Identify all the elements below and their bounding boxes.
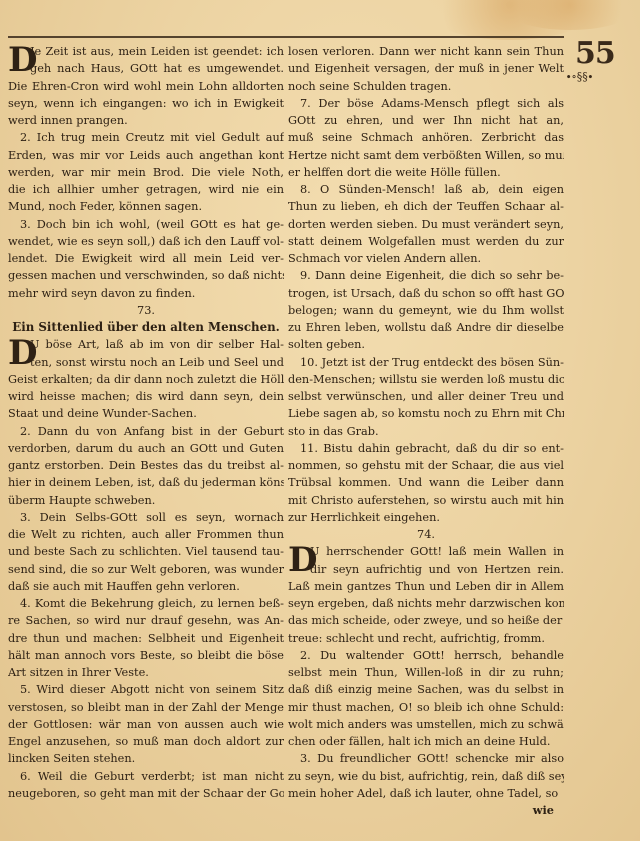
text-line: neugeboren, so geht man mit der Schaar d… — [8, 785, 284, 802]
text-line: dir seyn aufrichtig und von Hertzen rein… — [288, 561, 564, 578]
text-line: zu Ehren leben, wollstu daß Andre dir di… — [288, 319, 564, 336]
text-line: losen verloren. Dann wer nicht kann sein… — [288, 43, 564, 60]
text-line: GOtt zu ehren, und wer Ihn nicht hat an, — [288, 112, 564, 129]
text-line: noch seine Schulden tragen. — [288, 78, 564, 95]
text-line: und Eigenheit versagen, der muß in jener… — [288, 60, 564, 77]
text-line: werden, war mir mein Brod. Die viele Not… — [8, 164, 284, 181]
text-line: chen oder fällen, halt ich mich an deine… — [288, 733, 564, 750]
text-line: trogen, ist Ursach, daß du schon so offt… — [288, 285, 564, 302]
text-line: 2. Du waltender GOtt! herrsch, behandle — [288, 647, 564, 664]
text-line: statt deinem Wolgefallen must werden du … — [288, 233, 564, 250]
text-line: 3. Doch bin ich wohl, (weil GOtt es hat … — [8, 216, 284, 233]
text-line: Je Zeit ist aus, mein Leiden ist geendet… — [8, 43, 284, 60]
catchword: wie — [288, 802, 564, 819]
text-line: mehr wird seyn davon zu finden. — [8, 285, 284, 302]
text-line: er helffen dort die weite Hölle füllen. — [288, 164, 564, 181]
text-line: Trübsal kommen. Und wann die Leiber dann — [288, 474, 564, 491]
text-line: Staat und deine Wunder-Sachen. — [8, 405, 284, 422]
text-line: 3. Du freundlicher GOtt! schencke mir al… — [288, 750, 564, 767]
text-line: selbst mein Thun, Willen-loß in dir zu r… — [288, 664, 564, 681]
text-line: U herrschender GOtt! laß mein Wallen in — [288, 543, 564, 560]
text-line: mir thust machen, O! so bleib ich ohne S… — [288, 699, 564, 716]
text-line: nommen, so gehstu mit der Schaar, die au… — [288, 457, 564, 474]
left-column: D Je Zeit ist aus, mein Leiden ist geend… — [8, 43, 284, 802]
text-line: gantz erstorben. Dein Bestes das du trei… — [8, 457, 284, 474]
text-line: hier in deinem Leben, ist, daß du jederm… — [8, 474, 284, 491]
text-line: mit Christo auferstehen, so wirstu auch … — [288, 492, 564, 509]
text-line: Liebe sagen ab, so komstu noch zu Ehrn m… — [288, 405, 564, 422]
text-line: 10. Jetzt ist der Trug entdeckt des böse… — [288, 354, 564, 371]
text-line: wird heisse machen; dis wird dann seyn, … — [8, 388, 284, 405]
text-line: verdorben, darum du auch an GOtt und Gut… — [8, 440, 284, 457]
hymn-number-74: 74. — [288, 526, 564, 543]
text-line: U böse Art, laß ab im von dir selber Hal… — [8, 336, 284, 353]
text-line: Art sitzen in Ihrer Veste. — [8, 664, 284, 681]
text-line: das mich scheide, oder zweye, und so hei… — [288, 612, 564, 629]
text-line: und beste Sach zu schlichten. Viel tause… — [8, 543, 284, 560]
text-line: die Welt zu richten, auch aller Frommen … — [8, 526, 284, 543]
text-line: dre thun und machen: Selbheit und Eigenh… — [8, 630, 284, 647]
text-line: Thun zu lieben, eh dich der Teuffen Scha… — [288, 198, 564, 215]
text-line: Geist erkalten; da dir dann noch zuletzt… — [8, 371, 284, 388]
text-line: mein hoher Adel, daß ich lauter, ohne Ta… — [288, 785, 564, 802]
text-line: 5. Wird dieser Abgott nicht von seinem S… — [8, 681, 284, 698]
text-line: belogen; wann du gemeynt, wie du Ihm wol… — [288, 302, 564, 319]
text-line: Die Ehren-Cron wird wohl mein Lohn alldo… — [8, 78, 284, 95]
text-line: Engel anzusehen, so muß man doch aldort … — [8, 733, 284, 750]
text-line: daß sie auch mit Hauffen gehn verloren. — [8, 578, 284, 595]
text-line: werd innen prangen. — [8, 112, 284, 129]
text-line: zur Herrlichkeit eingehen. — [288, 509, 564, 526]
text-line: der Gottlosen: wär man von aussen auch w… — [8, 716, 284, 733]
text-line: zu seyn, wie du bist, aufrichtig, rein, … — [288, 768, 564, 785]
text-line: Hertze nicht samt dem verbößten Willen, … — [288, 147, 564, 164]
hymn-number-73: 73. — [8, 302, 284, 319]
text-line: gessen machen und verschwinden, so daß n… — [8, 267, 284, 284]
text-line: muß seine Schmach anhören. Zerbricht das — [288, 129, 564, 146]
header-rule — [8, 36, 564, 38]
text-line: selbst verwünschen, und aller deiner Tre… — [288, 388, 564, 405]
text-line: 7. Der böse Adams-Mensch pflegt sich als — [288, 95, 564, 112]
text-line: verstosen, so bleibt man in der Zahl der… — [8, 699, 284, 716]
text-line: solten geben. — [288, 336, 564, 353]
text-line: geh nach Haus, GOtt hat es umgewendet. — [8, 60, 284, 77]
text-line: lendet. Die Ewigkeit wird all mein Leid … — [8, 250, 284, 267]
text-line: Laß mein gantzes Thun und Leben dir in A… — [288, 578, 564, 595]
text-line: den-Menschen; willstu sie werden loß mus… — [288, 371, 564, 388]
dropcap-hymn73: D — [8, 336, 37, 370]
text-line: 11. Bistu dahin gebracht, daß du dir so … — [288, 440, 564, 457]
text-line: seyn ergeben, daß nichts mehr darzwische… — [288, 595, 564, 612]
text-line: hält man annoch vors Beste, so bleibt di… — [8, 647, 284, 664]
text-line: lincken Seiten stehen. — [8, 750, 284, 767]
right-column: losen verloren. Dann wer nicht kann sein… — [288, 43, 564, 819]
text-line: daß diß einzig meine Sachen, was du selb… — [288, 681, 564, 698]
dropcap-hymn74: D — [288, 543, 317, 577]
text-line: 3. Dein Selbs-GOtt soll es seyn, wornach — [8, 509, 284, 526]
text-line: wolt mich anders was umstellen, mich zu … — [288, 716, 564, 733]
text-line: Mund, noch Feder, können sagen. — [8, 198, 284, 215]
text-line: ten, sonst wirstu noch an Leib und Seel … — [8, 354, 284, 371]
text-line: treue: schlecht und recht, aufrichtig, f… — [288, 630, 564, 647]
dropcap-hymn72: D — [8, 43, 37, 77]
text-line: send sind, die so zur Welt geboren, was … — [8, 561, 284, 578]
text-line: 6. Weil die Geburt verderbt; ist man nic… — [8, 768, 284, 785]
text-line: Schmach vor vielen Andern allen. — [288, 250, 564, 267]
text-line: dorten werden sieben. Du must verändert … — [288, 216, 564, 233]
ornament-icon: ∙∘§§∙ — [566, 70, 593, 83]
text-line: 4. Komt die Bekehrung gleich, zu lernen … — [8, 595, 284, 612]
hymn-title-73: Ein Sittenlied über den alten Menschen. — [8, 319, 284, 336]
text-line: 2. Dann du von Anfang bist in der Geburt — [8, 423, 284, 440]
text-line: 2. Ich trug mein Creutz mit viel Gedult … — [8, 129, 284, 146]
text-line: sto in das Grab. — [288, 423, 564, 440]
text-line: wendet, wie es seyn soll,) daß ich den L… — [8, 233, 284, 250]
text-line: die ich allhier umher getragen, wird nie… — [8, 181, 284, 198]
text-line: re Sachen, so wird nur drauf gesehn, was… — [8, 612, 284, 629]
text-line: Erden, was mir vor Leids auch angethan k… — [8, 147, 284, 164]
text-line: 8. O Sünden-Mensch! laß ab, dein eigen — [288, 181, 564, 198]
page-number: 55 — [575, 36, 615, 71]
text-line: überm Haupte schweben. — [8, 492, 284, 509]
text-line: seyn, wenn ich eingangen: wo ich in Ewig… — [8, 95, 284, 112]
text-line: 9. Dann deine Eigenheit, die dich so seh… — [288, 267, 564, 284]
